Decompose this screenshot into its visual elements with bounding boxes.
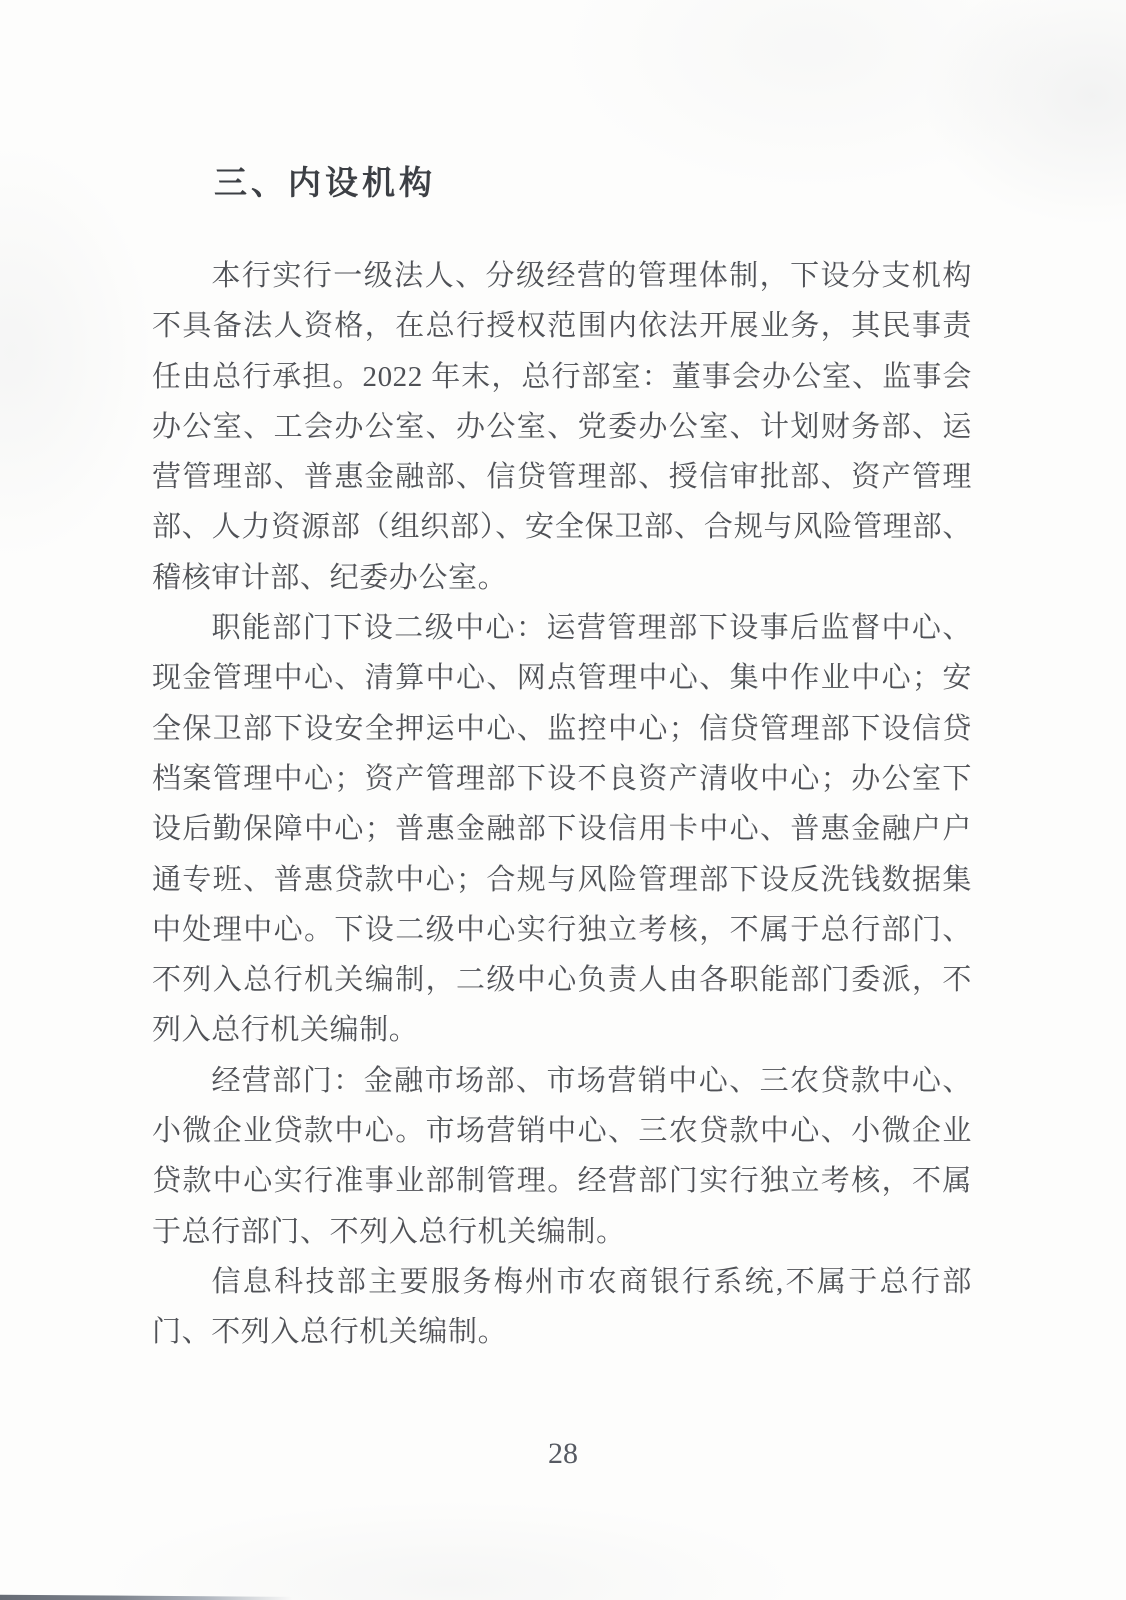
page-number: 28 bbox=[0, 1437, 1126, 1471]
paragraph-overview: 本行实行一级法人、分级经营的管理体制，下设分支机构不具备法人资格，在总行授权范围… bbox=[152, 251, 972, 603]
section-heading: 三、内设机构 bbox=[214, 163, 972, 203]
scan-edge-artifact bbox=[0, 1593, 292, 1600]
document-content: 三、内设机构 本行实行一级法人、分级经营的管理体制，下设分支机构不具备法人资格，… bbox=[152, 163, 972, 1358]
paragraph-second-level-centers: 职能部门下设二级中心：运营管理部下设事后监督中心、现金管理中心、清算中心、网点管… bbox=[152, 603, 972, 1056]
paragraph-it-department: 信息科技部主要服务梅州市农商银行系统,不属于总行部门、不列入总行机关编制。 bbox=[152, 1257, 972, 1358]
document-page: 三、内设机构 本行实行一级法人、分级经营的管理体制，下设分支机构不具备法人资格，… bbox=[0, 0, 1126, 1600]
paragraph-business-departments: 经营部门：金融市场部、市场营销中心、三农贷款中心、小微企业贷款中心。市场营销中心… bbox=[152, 1056, 972, 1257]
